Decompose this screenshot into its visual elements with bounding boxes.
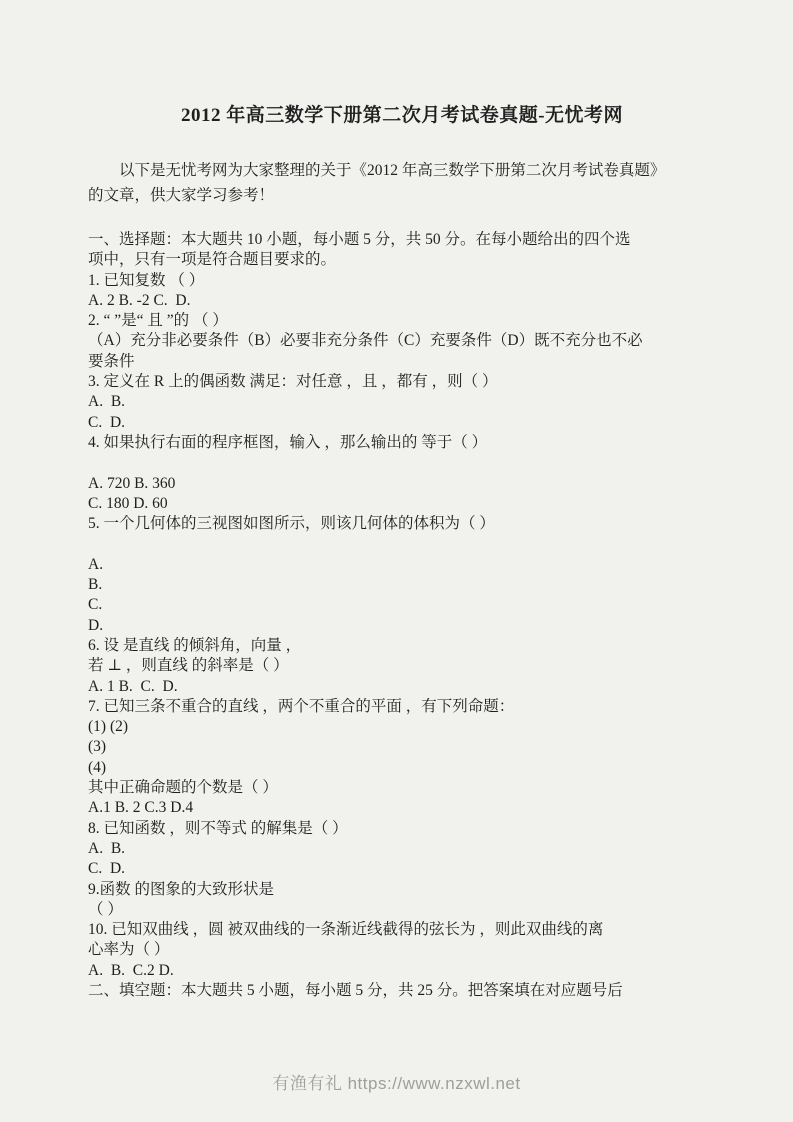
text-line: （A）充分非必要条件（B）必要非充分条件（C）充要条件（D）既不充分也不必 (88, 331, 716, 351)
text-line: (3) (88, 737, 716, 757)
text-line: C. D. (88, 413, 716, 433)
text-line: 一、选择题：本大题共 10 小题，每小题 5 分，共 50 分。在每小题给出的四… (88, 230, 716, 250)
text-line: A.1 B. 2 C.3 D.4 (88, 798, 716, 818)
text-line: D. (88, 616, 716, 636)
text-line: C. (88, 595, 716, 615)
text-line: (1) (2) (88, 717, 716, 737)
document-content: 2012 年高三数学下册第二次月考试卷真题-无忧考网 以下是无忧考网为大家整理的… (88, 104, 716, 1001)
text-line: 项中，只有一项是符合题目要求的。 (88, 250, 716, 270)
text-line: 3. 定义在 R 上的偶函数 满足：对任意 ，且 ，都有 ，则（ ） (88, 372, 716, 392)
text-line: A. 1 B. C. D. (88, 677, 716, 697)
text-line (88, 534, 716, 554)
text-line: 二、填空题：本大题共 5 小题，每小题 5 分，共 25 分。把答案填在对应题号… (88, 981, 716, 1001)
text-line: A. 2 B. -2 C. D. (88, 291, 716, 311)
text-line: B. (88, 575, 716, 595)
text-line: (4) (88, 758, 716, 778)
intro-line: 以下是无忧考网为大家整理的关于《2012 年高三数学下册第二次月考试卷真题》 (88, 158, 716, 183)
text-line: A. B. (88, 839, 716, 859)
text-line: 4. 如果执行右面的程序框图，输入 ，那么输出的 等于（ ） (88, 433, 716, 453)
exam-question-lines: 一、选择题：本大题共 10 小题，每小题 5 分，共 50 分。在每小题给出的四… (88, 230, 716, 1001)
text-line (88, 453, 716, 473)
text-line: 2. “ ”是“ 且 ”的 （ ） (88, 311, 716, 331)
text-line: 10. 已知双曲线 ，圆 被双曲线的一条渐近线截得的弦长为 ，则此双曲线的离 (88, 920, 716, 940)
text-line: 9.函数 的图象的大致形状是 (88, 880, 716, 900)
text-line: （ ） (88, 900, 716, 920)
text-line: 1. 已知复数 （ ） (88, 271, 716, 291)
text-line: 若 ⊥ ，则直线 的斜率是（ ） (88, 656, 716, 676)
text-line: C. D. (88, 859, 716, 879)
text-line: 要条件 (88, 352, 716, 372)
intro-paragraph: 以下是无忧考网为大家整理的关于《2012 年高三数学下册第二次月考试卷真题》 的… (88, 158, 716, 208)
document-page: 2012 年高三数学下册第二次月考试卷真题-无忧考网 以下是无忧考网为大家整理的… (0, 0, 793, 1122)
text-line: 6. 设 是直线 的倾斜角，向量 ， (88, 636, 716, 656)
footer-watermark: 有渔有礼 https://www.nzxwl.net (0, 1069, 793, 1094)
text-line: C. 180 D. 60 (88, 494, 716, 514)
text-line: 7. 已知三条不重合的直线 ，两个不重合的平面 ，有下列命题： (88, 697, 716, 717)
intro-line: 的文章，供大家学习参考！ (88, 183, 716, 208)
document-title: 2012 年高三数学下册第二次月考试卷真题-无忧考网 (88, 104, 716, 128)
text-line: 5. 一个几何体的三视图如图所示，则该几何体的体积为（ ） (88, 514, 716, 534)
text-line: A. B. C.2 D. (88, 961, 716, 981)
text-line: A. B. (88, 392, 716, 412)
text-line: 其中正确命题的个数是（ ） (88, 778, 716, 798)
text-line: 8. 已知函数 ，则不等式 的解集是（ ） (88, 819, 716, 839)
text-line: A. 720 B. 360 (88, 474, 716, 494)
text-line: 心率为（ ） (88, 940, 716, 960)
text-line: A. (88, 555, 716, 575)
